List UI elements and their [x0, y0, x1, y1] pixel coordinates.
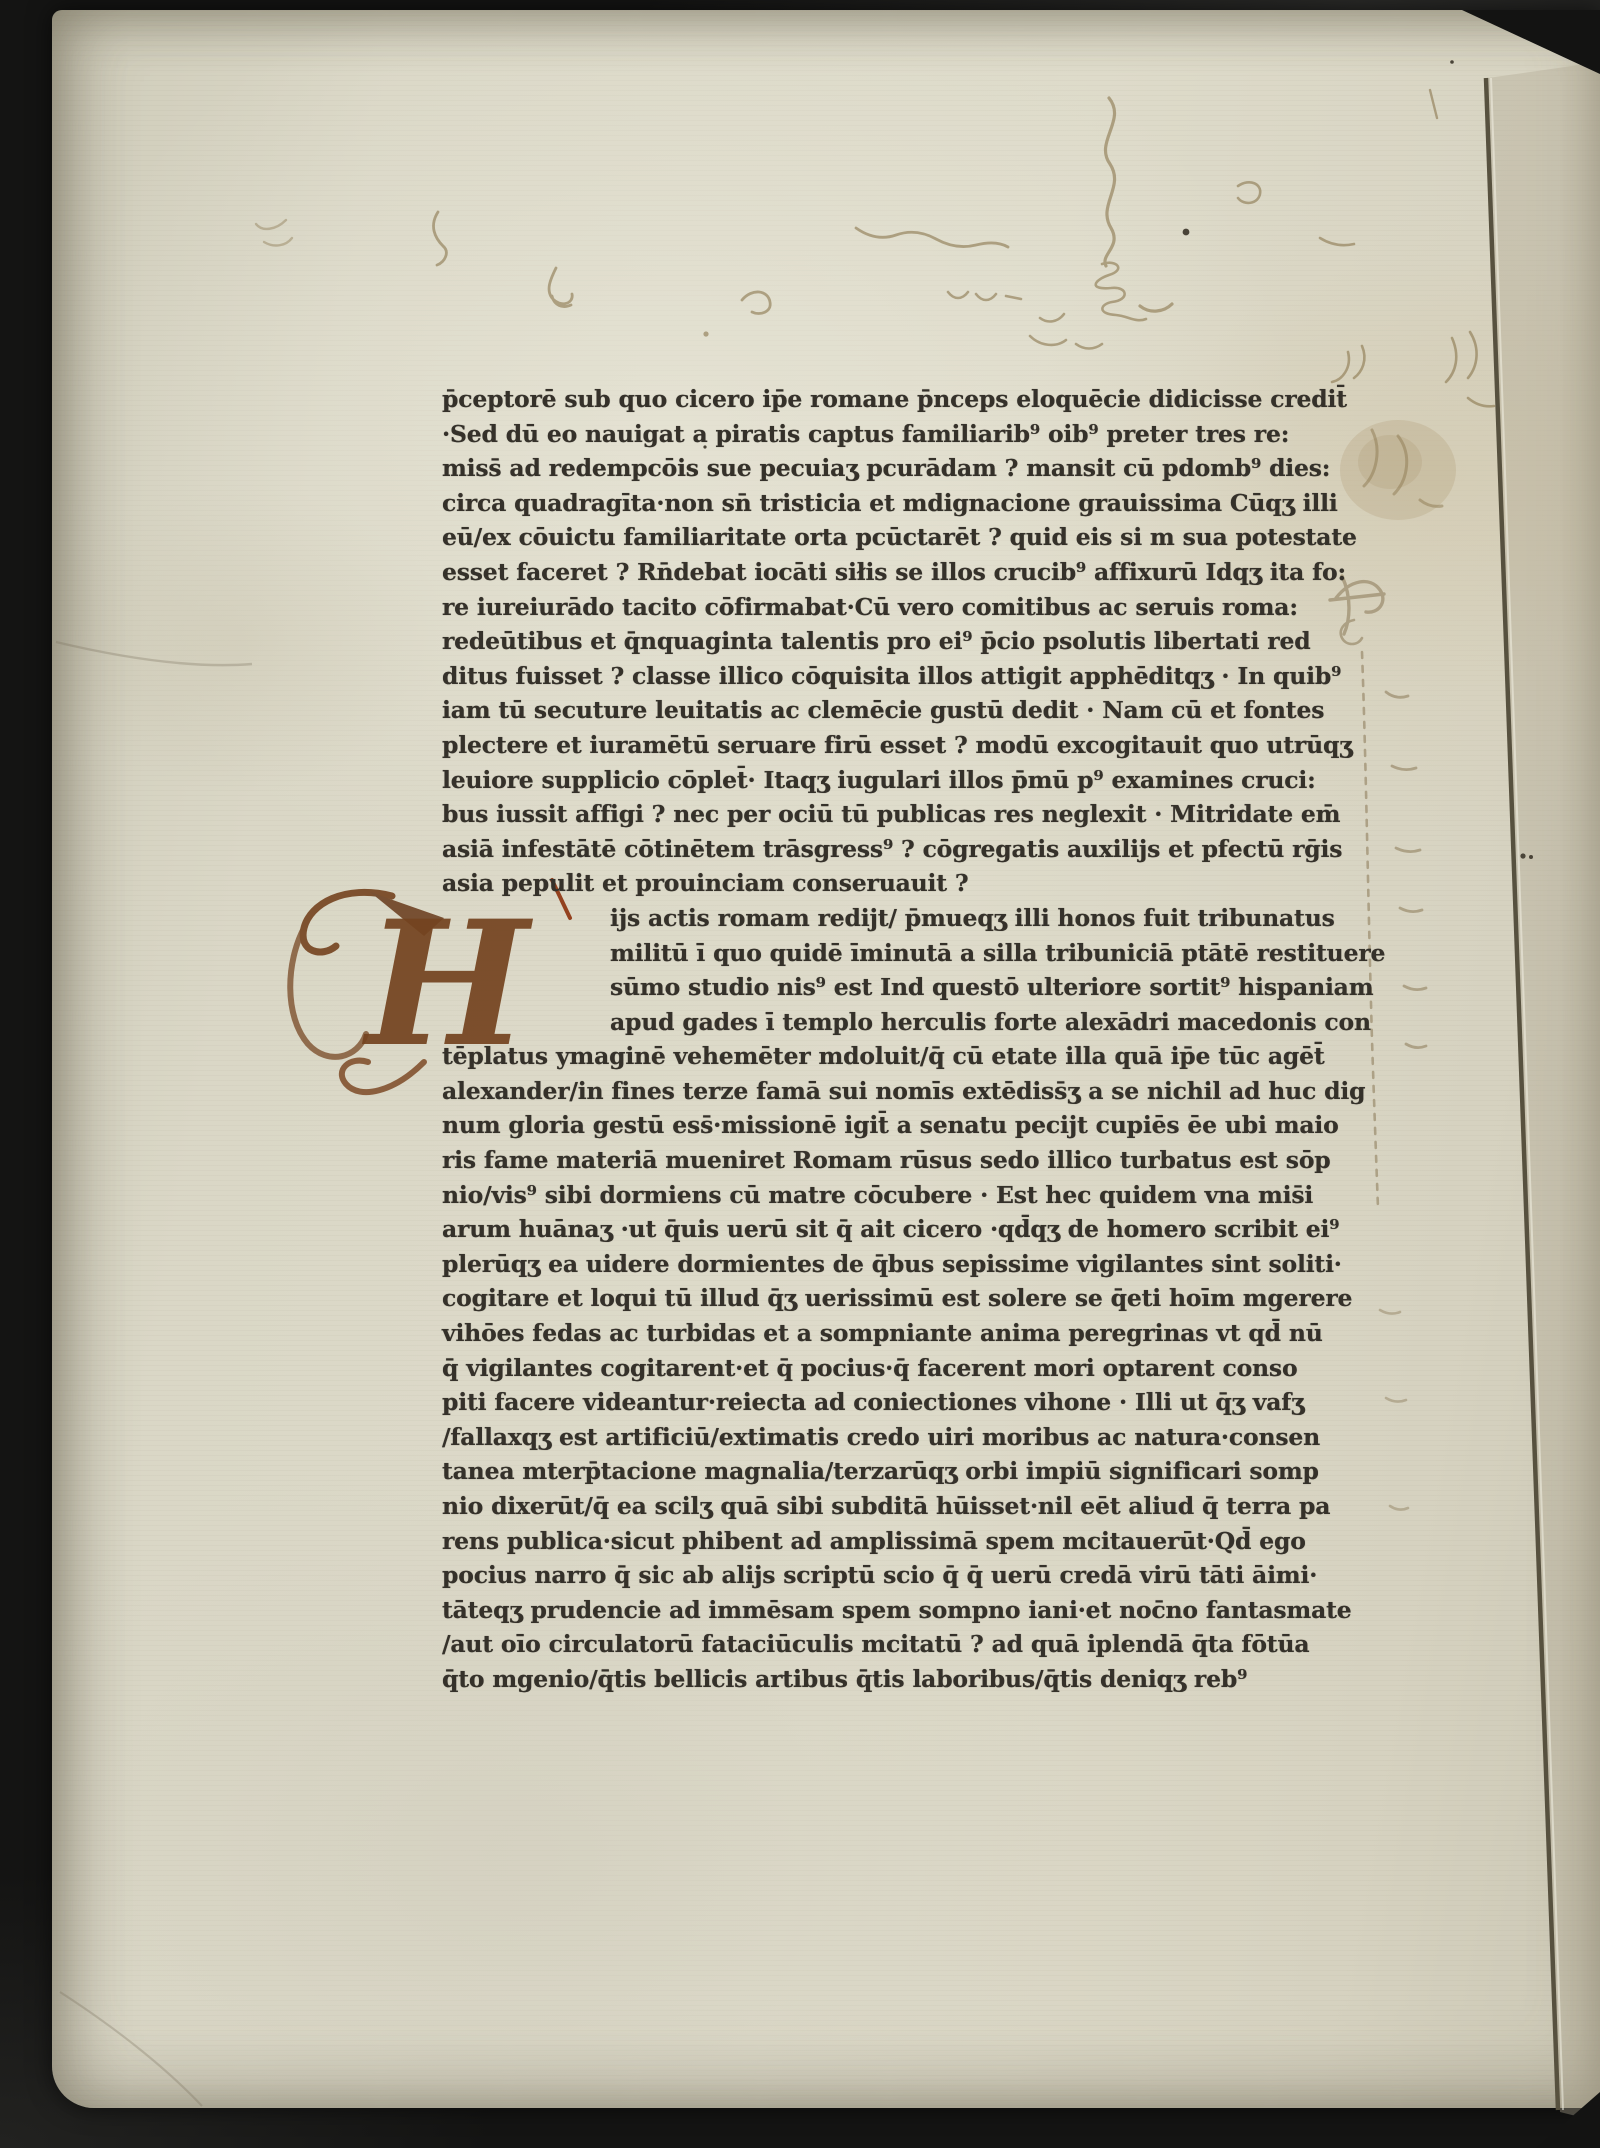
- ink-stain: [1340, 420, 1456, 520]
- text-line: /aut oīo circulatorū fataciūculis mcitat…: [442, 1627, 1357, 1662]
- text-line: militū ī quo quidē īminutā a silla tribu…: [610, 936, 1357, 971]
- black-corner-top-right: [1462, 10, 1600, 74]
- text-line: nio/vis⁹ sibi dormiens cū matre cōcubere…: [442, 1178, 1357, 1213]
- manuscript-page: H p̄ceptorē sub quo cicero ip̄e romane p…: [52, 10, 1600, 2108]
- text-line: tāteqʒ prudencie ad immēsam spem sompno …: [442, 1593, 1357, 1628]
- text-line: sūmo studio nis⁹ est Ind questō ulterior…: [610, 970, 1357, 1005]
- text-line: piti facere videantur·reiecta ad coniect…: [442, 1385, 1357, 1420]
- paragraph-two: ijs actis romam redijt/ p̄mueqʒ illi hon…: [442, 901, 1357, 1697]
- text-line: pocius narro q̄ sic ab alijs scriptū sci…: [442, 1558, 1357, 1593]
- text-line: ris fame materiā mueniret Romam rūsus se…: [442, 1143, 1357, 1178]
- text-line: bus iussit affigi ? nec per ociū tū publ…: [442, 797, 1357, 832]
- text-line: arum huānaʒ ·ut q̄uis uerū sit q̄ ait ci…: [442, 1212, 1357, 1247]
- text-line: ditus fuisset ? classe illico cōquisita …: [442, 659, 1357, 694]
- text-line: q̄ vigilantes cogitarent·et q̄ pocius·q̄…: [442, 1351, 1357, 1386]
- text-line: asia pepulit et prouinciam conseruauit ?: [442, 866, 1357, 901]
- page-creases: [56, 642, 252, 2106]
- text-line: num gloria gestū ess̄·missionē igit̄ a s…: [442, 1108, 1357, 1143]
- paragraph-one: p̄ceptorē sub quo cicero ip̄e romane p̄n…: [442, 382, 1357, 901]
- text-line: tanea mterp̄tacione magnalia/terzarūqʒ o…: [442, 1454, 1357, 1489]
- text-line: iam tū secuture leuitatis ac clemēcie gu…: [442, 693, 1357, 728]
- text-line: miss̄ ad redempcōis sue pecuiaʒ pcurādam…: [442, 451, 1357, 486]
- text-line: plectere et iuramētū seruare firū esset …: [442, 728, 1357, 763]
- text-line: rens publica·sicut phibent ad amplissimā…: [442, 1524, 1357, 1559]
- text-line: eū/ex cōuictu familiaritate orta pcūctar…: [442, 520, 1357, 555]
- fore-edge-of-next-page: [1462, 10, 1600, 2148]
- text-line: /fallaxqʒ est artificiū/extimatis credo …: [442, 1420, 1357, 1455]
- black-corner-bottom-right: [1536, 2092, 1600, 2148]
- text-line: re iureiurādo tacito cōfirmabat·Cū vero …: [442, 590, 1357, 625]
- text-line: esset faceret ? Rn̄debat iocāti siłis se…: [442, 555, 1357, 590]
- text-line: redeūtibus et q̄nquaginta talentis pro e…: [442, 624, 1357, 659]
- text-line: leuiore supplicio cōplet̄· Itaqʒ iugular…: [442, 763, 1357, 798]
- text-line: asiā infestātē cōtinētem trāsgress⁹ ? cō…: [442, 832, 1357, 867]
- pen-trial-scribbles: [256, 90, 1494, 406]
- text-line: ·Sed dū eo nauigat a piratis captus fami…: [442, 417, 1357, 452]
- text-line: alexander/in fines terze famā sui nomīs …: [442, 1074, 1357, 1109]
- text-line: apud gades ī templo herculis forte alexā…: [610, 1005, 1357, 1040]
- text-block: p̄ceptorē sub quo cicero ip̄e romane p̄n…: [442, 382, 1357, 1697]
- text-line: circa quadragīta·non sn̄ tristicia et md…: [442, 486, 1357, 521]
- text-line: plerūqʒ ea uidere dormientes de q̄bus se…: [442, 1247, 1357, 1282]
- text-line: nio dixerūt/q̄ ea scilʒ quā sibi subditā…: [442, 1489, 1357, 1524]
- text-line: tēplatus ymaginē vehemēter mdoluit/q̄ cū…: [442, 1039, 1357, 1074]
- scanned-book-photo: { "document": { "kind": "incunabulum pag…: [0, 0, 1600, 2148]
- text-line: vihōes fedas ac turbidas et a sompniante…: [442, 1316, 1357, 1351]
- text-line: q̄to mgenio/q̄tis bellicis artibus q̄tis…: [442, 1662, 1357, 1697]
- text-line: ijs actis romam redijt/ p̄mueqʒ illi hon…: [610, 901, 1357, 936]
- text-line: cogitare et loqui tū illud q̄ʒ uerissimū…: [442, 1281, 1357, 1316]
- text-line: p̄ceptorē sub quo cicero ip̄e romane p̄n…: [442, 382, 1357, 417]
